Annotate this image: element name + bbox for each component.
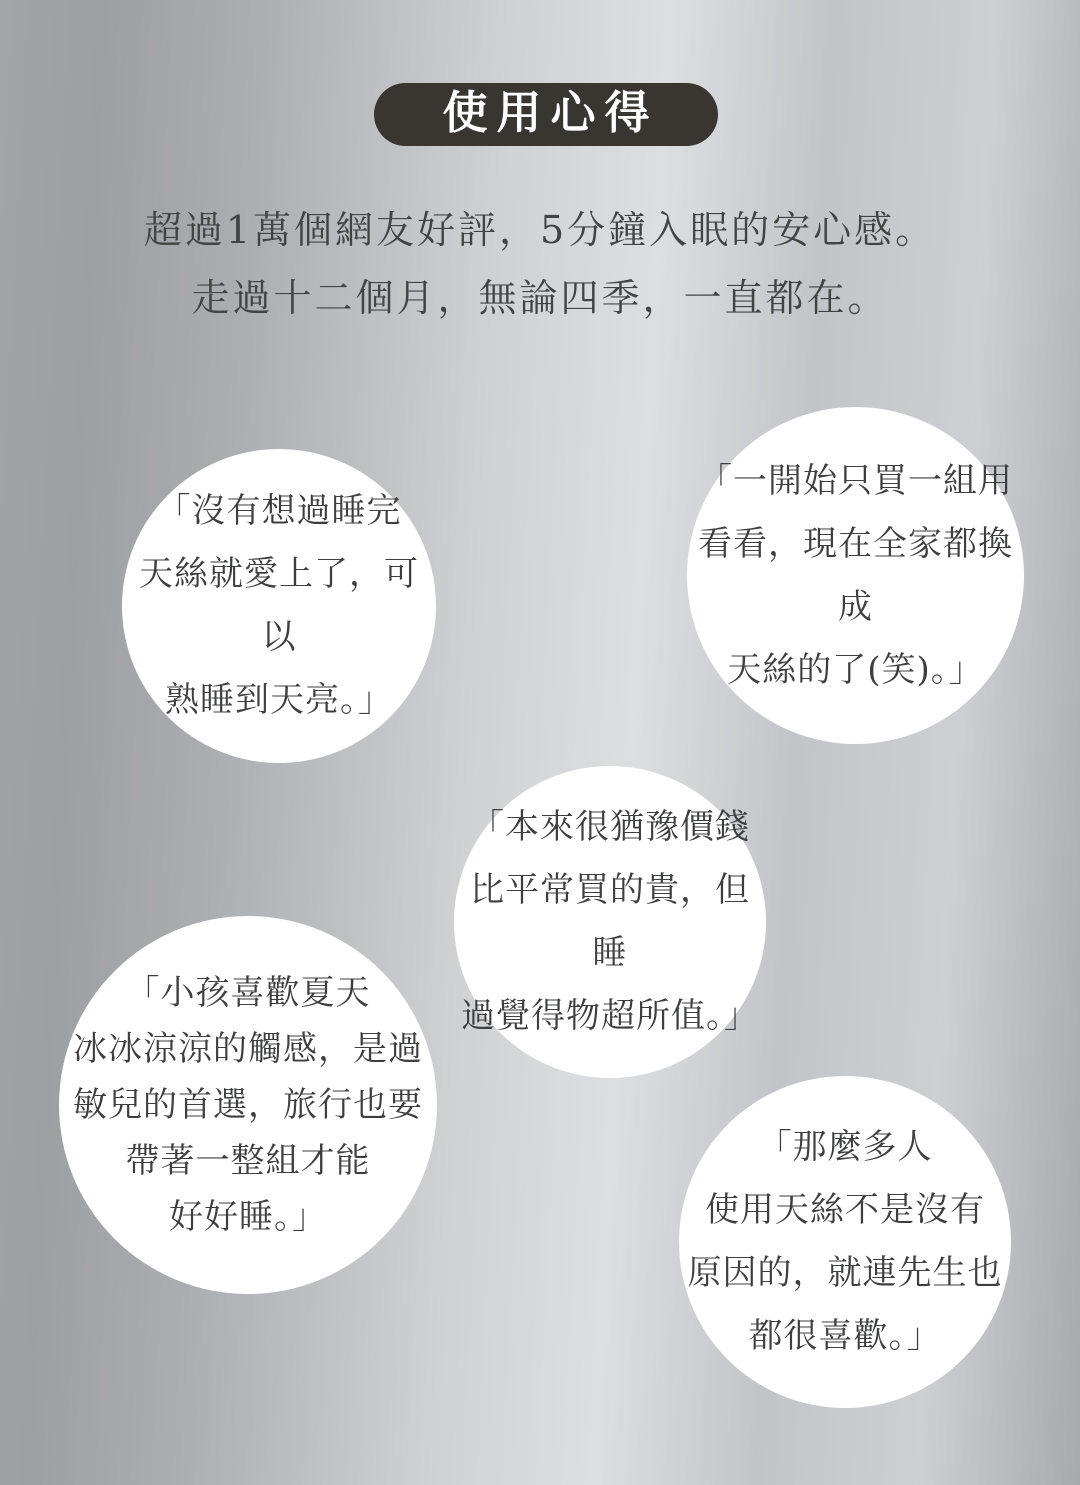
testimonial-promo-page: 使用心得 超過1萬個網友好評，5分鐘入眠的安心感。 走過十二個月，無論四季，一直… (0, 0, 1080, 1485)
testimonial-circle-1: 「沒有想過睡完 天絲就愛上了，可以 熟睡到天亮。」 (122, 449, 436, 763)
section-title-badge: 使用心得 (374, 83, 718, 146)
testimonial-quote-1: 「沒有想過睡完 天絲就愛上了，可以 熟睡到天亮。」 (122, 480, 436, 732)
testimonial-quote-3: 「本來很猶豫價錢 比平常買的貴，但睡 過覺得物超所值。」 (454, 796, 766, 1048)
testimonial-circle-3: 「本來很猶豫價錢 比平常買的貴，但睡 過覺得物超所值。」 (454, 766, 766, 1078)
testimonial-quote-5: 「那麼多人 使用天絲不是沒有 原因的，就連先生也 都很喜歡。」 (688, 1116, 1003, 1368)
intro-line-2: 走過十二個月，無論四季，一直都在。 (0, 264, 1080, 332)
testimonial-quote-2: 「一開始只買一組用 看看，現在全家都換成 天絲的了(笑)。」 (687, 450, 1024, 702)
section-title: 使用心得 (433, 90, 658, 139)
intro-line-1: 超過1萬個網友好評，5分鐘入眠的安心感。 (0, 196, 1080, 264)
testimonial-circle-5: 「那麼多人 使用天絲不是沒有 原因的，就連先生也 都很喜歡。」 (679, 1076, 1011, 1408)
testimonial-circle-4: 「小孩喜歡夏天 冰冰涼涼的觸感，是過 敏兒的首選，旅行也要 帶著一整組才能 好好… (59, 916, 437, 1294)
testimonial-circle-2: 「一開始只買一組用 看看，現在全家都換成 天絲的了(笑)。」 (687, 407, 1024, 744)
testimonial-quote-4: 「小孩喜歡夏天 冰冰涼涼的觸感，是過 敏兒的首選，旅行也要 帶著一整組才能 好好… (73, 965, 423, 1245)
intro-text-block: 超過1萬個網友好評，5分鐘入眠的安心感。 走過十二個月，無論四季，一直都在。 (0, 196, 1080, 332)
